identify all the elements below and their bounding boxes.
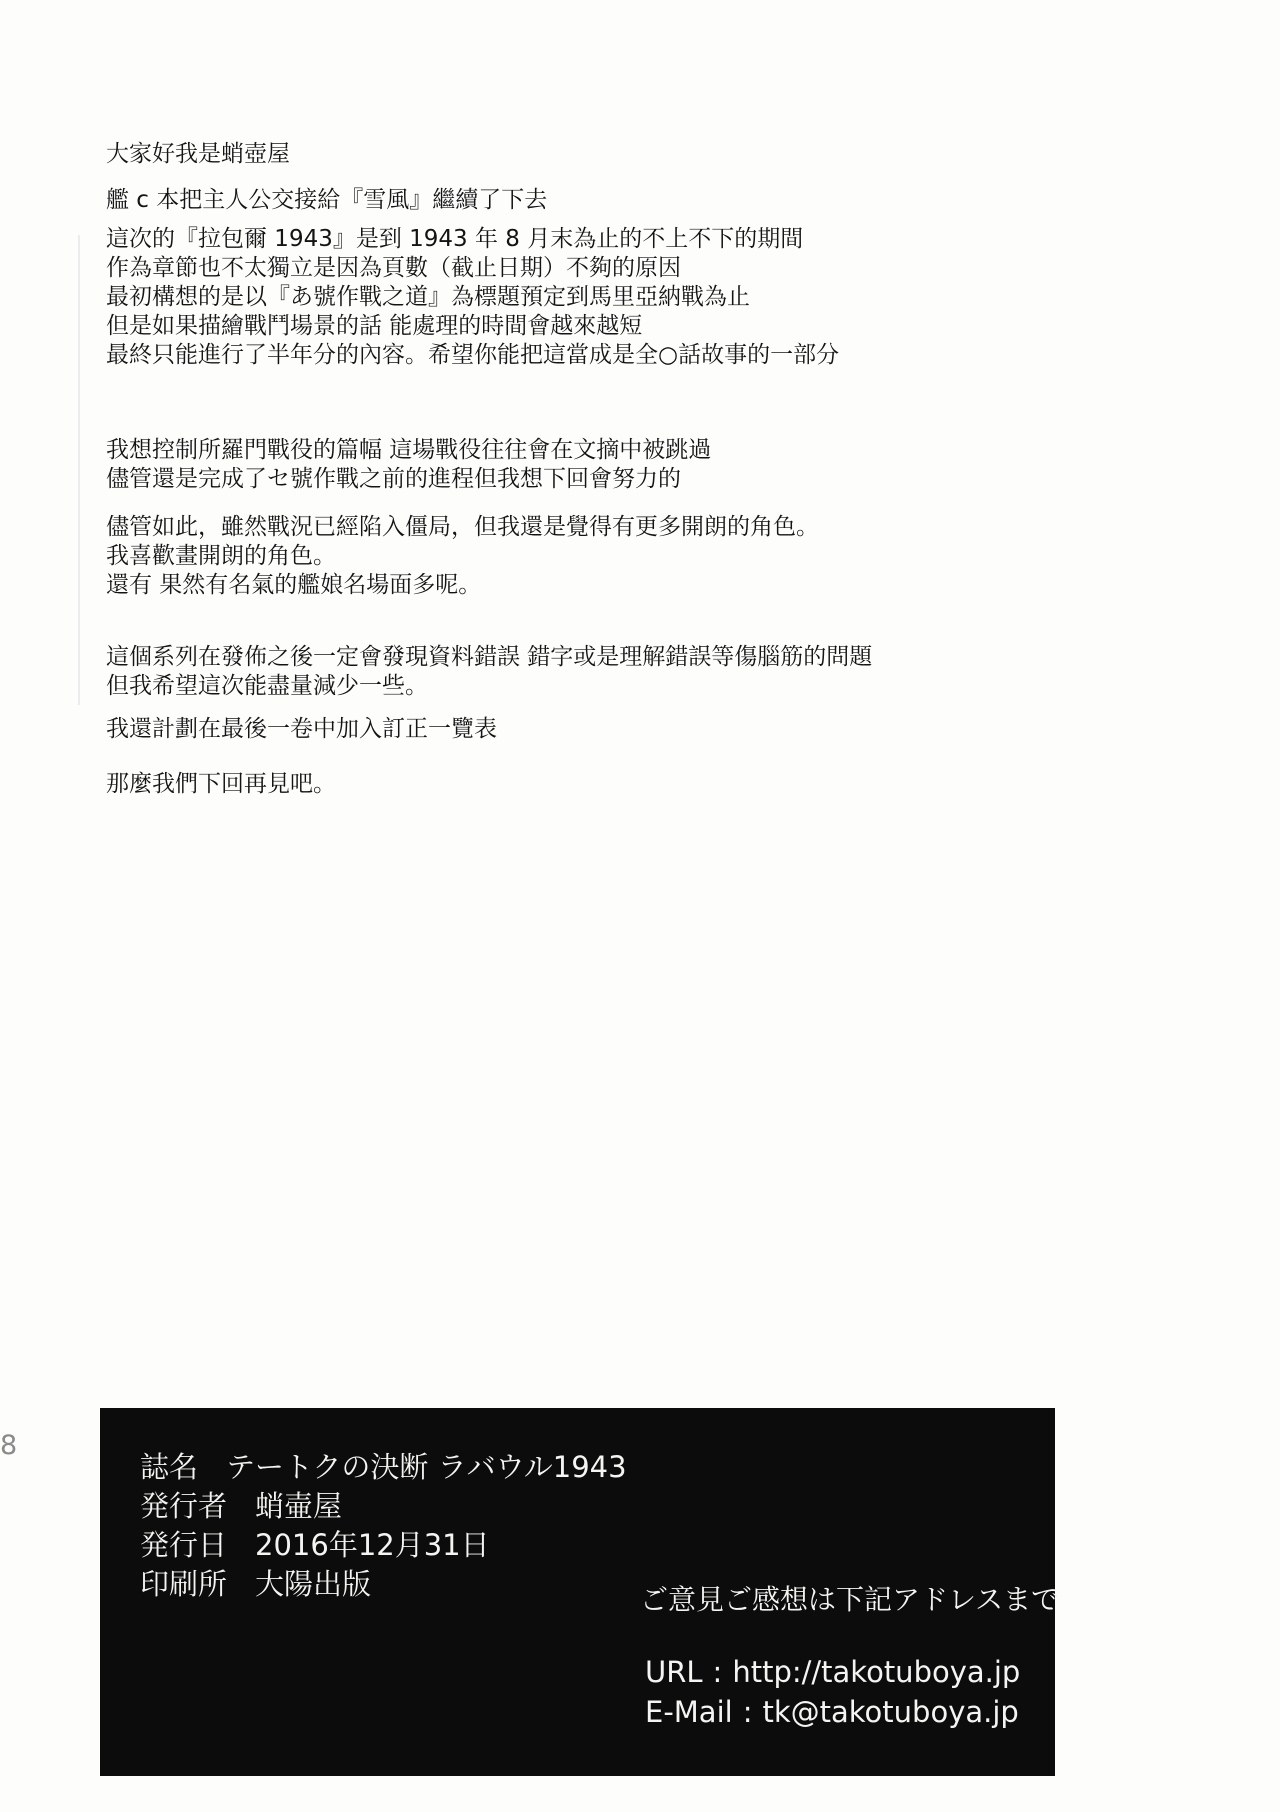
- feedback-note: ご意見ご感想は下記アドレスまで: [640, 1578, 1059, 1618]
- afterword-line: 艦 c 本把主人公交接給『雪風』繼續了下去: [106, 186, 547, 215]
- colophon-row-value: 2016年12月31日: [255, 1526, 490, 1565]
- afterword-line: 這次的『拉包爾 1943』是到 1943 年 8 月末為止的不上不下的期間: [106, 225, 839, 254]
- afterword-paragraph: 那麼我們下回再見吧。: [106, 770, 336, 799]
- colophon-row-value: 蛸壷屋: [255, 1487, 342, 1526]
- colophon-row: 発行日 2016年12月31日: [140, 1526, 627, 1565]
- colophon-row-value: 大陽出版: [255, 1565, 371, 1604]
- afterword-paragraph: 大家好我是蛸壺屋: [106, 140, 290, 169]
- contact-separator: :: [713, 1652, 723, 1692]
- colophon-row: 印刷所 大陽出版: [140, 1565, 627, 1604]
- contact-label: E-Mail: [645, 1692, 733, 1732]
- page-number: 8: [0, 1430, 17, 1461]
- afterword-paragraph: 儘管如此，雖然戰況已經陷入僵局，但我還是覺得有更多開朗的角色。 我喜歡畫開朗的角…: [106, 513, 819, 600]
- contact-row-email: E-Mail : tk@takotuboya.jp: [645, 1692, 1020, 1732]
- colophon-row-value: テートクの決断 ラバウル1943: [226, 1448, 627, 1487]
- scan-artifact: [78, 235, 80, 705]
- afterword-line: 作為章節也不太獨立是因為頁數（截止日期）不夠的原因: [106, 254, 839, 283]
- afterword-line: 還有 果然有名氣的艦娘名場面多呢。: [106, 571, 819, 600]
- colophon-box: 誌名 テートクの決断 ラバウル1943 発行者 蛸壷屋 発行日 2016年12月…: [100, 1408, 1055, 1776]
- afterword-line: 儘管如此，雖然戰況已經陷入僵局，但我還是覺得有更多開朗的角色。: [106, 513, 819, 542]
- afterword-line: 我喜歡畫開朗的角色。: [106, 542, 819, 571]
- afterword-line: 最初構想的是以『あ號作戰之道』為標題預定到馬里亞納戰為止: [106, 283, 839, 312]
- afterword-line: 儘管還是完成了セ號作戰之前的進程但我想下回會努力的: [106, 465, 711, 494]
- scanned-afterword-page: 大家好我是蛸壺屋 艦 c 本把主人公交接給『雪風』繼續了下去 這次的『拉包爾 1…: [0, 0, 1280, 1812]
- contact-label: URL: [645, 1652, 703, 1692]
- afterword-line: 我想控制所羅門戰役的篇幅 這場戰役往往會在文摘中被跳過: [106, 436, 711, 465]
- afterword-line: 但我希望這次能盡量減少一些。: [106, 672, 872, 701]
- afterword-line: 這個系列在發佈之後一定會發現資料錯誤 錯字或是理解錯誤等傷腦筋的問題: [106, 643, 872, 672]
- afterword-paragraph: 艦 c 本把主人公交接給『雪風』繼續了下去: [106, 186, 547, 215]
- afterword-paragraph: 我還計劃在最後一卷中加入訂正一覽表: [106, 715, 497, 744]
- colophon-row-label: 発行者: [140, 1487, 227, 1526]
- afterword-paragraph: 這次的『拉包爾 1943』是到 1943 年 8 月末為止的不上不下的期間 作為…: [106, 225, 839, 370]
- contact-value-url: http://takotuboya.jp: [732, 1652, 1020, 1692]
- colophon-rows: 誌名 テートクの決断 ラバウル1943 発行者 蛸壷屋 発行日 2016年12月…: [140, 1448, 627, 1604]
- contact-row-url: URL : http://takotuboya.jp: [645, 1652, 1020, 1692]
- contact-value-email: tk@takotuboya.jp: [762, 1692, 1018, 1732]
- colophon-row: 発行者 蛸壷屋: [140, 1487, 627, 1526]
- afterword-line: 我還計劃在最後一卷中加入訂正一覽表: [106, 715, 497, 744]
- contact-lines: URL : http://takotuboya.jp E-Mail : tk@t…: [645, 1652, 1020, 1732]
- colophon-row-label: 発行日: [140, 1526, 227, 1565]
- colophon-row: 誌名 テートクの決断 ラバウル1943: [140, 1448, 627, 1487]
- afterword-line: 那麼我們下回再見吧。: [106, 770, 336, 799]
- contact-separator: :: [743, 1692, 753, 1732]
- afterword-line: 最終只能進行了半年分的內容。希望你能把這當成是全○話故事的一部分: [106, 341, 839, 370]
- afterword-paragraph: 這個系列在發佈之後一定會發現資料錯誤 錯字或是理解錯誤等傷腦筋的問題 但我希望這…: [106, 643, 872, 701]
- colophon-row-label: 誌名: [140, 1448, 198, 1487]
- afterword-line: 但是如果描繪戰鬥場景的話 能處理的時間會越來越短: [106, 312, 839, 341]
- afterword-paragraph: 我想控制所羅門戰役的篇幅 這場戰役往往會在文摘中被跳過 儘管還是完成了セ號作戰之…: [106, 436, 711, 494]
- afterword-line: 大家好我是蛸壺屋: [106, 140, 290, 169]
- colophon-row-label: 印刷所: [140, 1565, 227, 1604]
